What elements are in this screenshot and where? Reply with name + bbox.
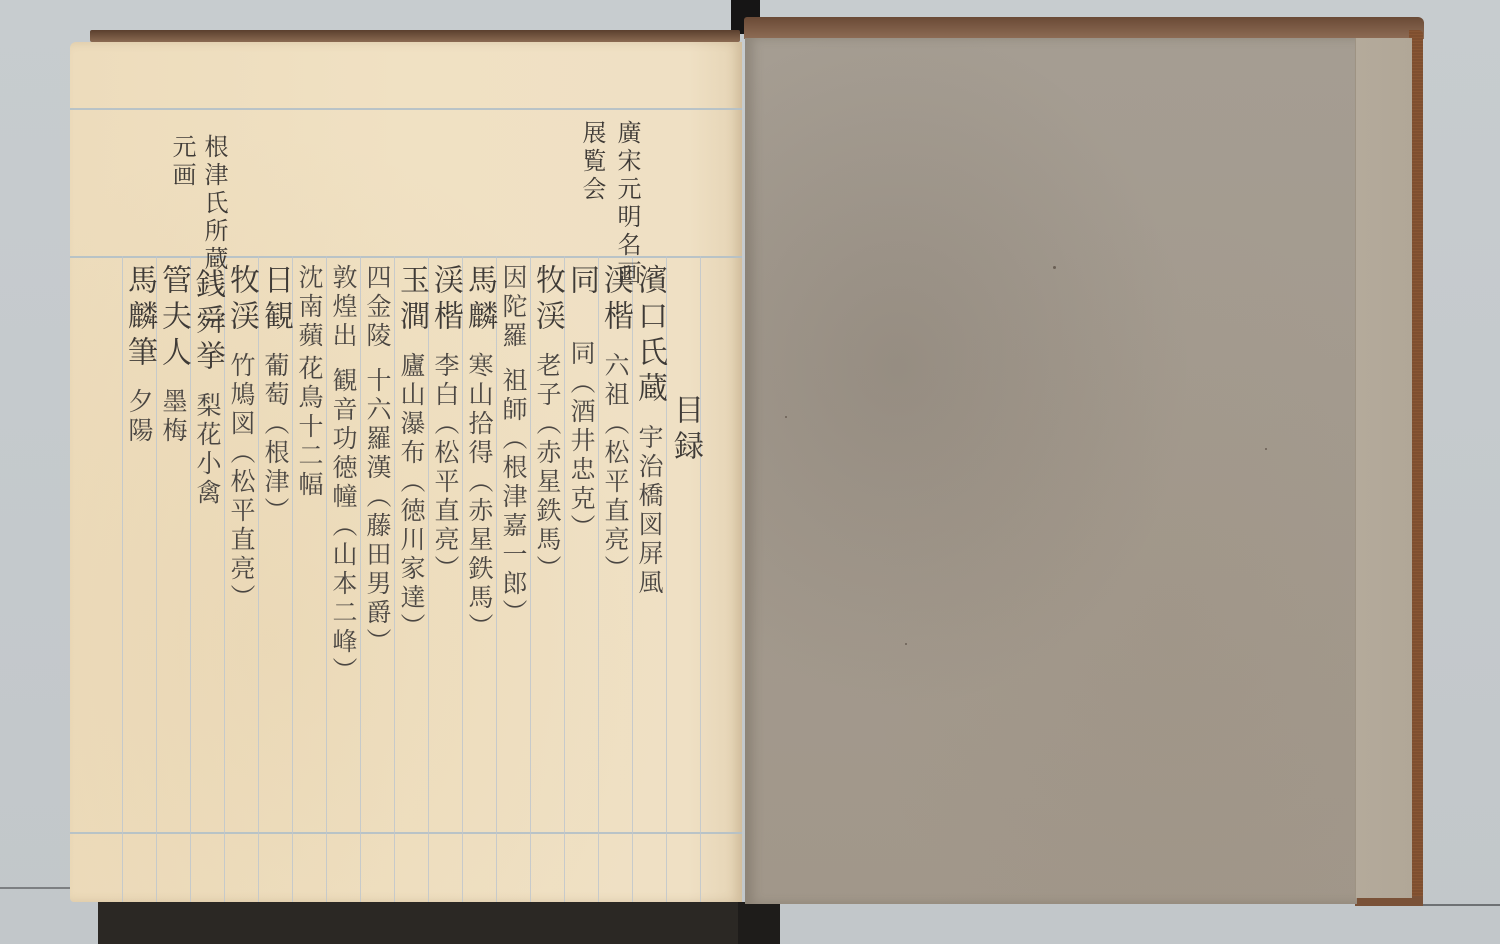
catalogue-entry: 沈南蘋花鳥十二幅 — [294, 264, 324, 500]
entry-work: 竹鳩図 — [227, 352, 256, 439]
entry-artist: 管夫人 — [156, 264, 191, 372]
entry-owner: （松平直亮） — [601, 410, 630, 584]
column-rule — [564, 256, 565, 902]
endpaper-fold-flap — [1355, 38, 1412, 898]
entry-work: 梨花小禽 — [193, 392, 222, 508]
entry-artist: 牧渓 — [530, 264, 565, 336]
entry-artist: 玉澗 — [394, 264, 429, 336]
entry-owner: （赤星鉄馬） — [465, 468, 494, 642]
column-rule — [326, 256, 327, 902]
catalogue-entry: 日観葡萄（根津） — [260, 264, 290, 526]
column-rule — [598, 256, 599, 902]
entry-artist: 渓楷 — [428, 264, 463, 336]
table-edge-right — [1410, 904, 1500, 906]
right-page-endpaper — [745, 38, 1357, 904]
exhibition-title-line2: 展覧会 — [580, 120, 604, 204]
column-rule — [258, 256, 259, 902]
entry-owner: （赤星鉄馬） — [533, 410, 562, 584]
entry-owner: （松平直亮） — [431, 410, 460, 584]
left-page-lined: 廣宋元明名画 展覧会 根津氏所蔵 ─ 元画 目録 濱口氏蔵宇治橋図屏風 渓楷六祖… — [70, 42, 742, 902]
entry-work: 廬山瀑布 — [397, 352, 426, 468]
entry-artist: 日観 — [258, 264, 293, 336]
entry-work: 寒山拾得 — [465, 352, 494, 468]
column-rule — [394, 256, 395, 902]
entry-work: 花鳥十二幅 — [295, 355, 324, 500]
entry-artist: 沈南蘋 — [295, 264, 324, 351]
column-rule — [496, 256, 497, 902]
entry-work: 老子 — [533, 352, 562, 410]
catalogue-entry: 同同（酒井忠克） — [566, 264, 596, 543]
cover-top-edge-left — [90, 30, 740, 42]
catalogue-entry: 四金陵十六羅漢（藤田男爵） — [362, 264, 392, 657]
entry-artist: 濱口氏蔵 — [632, 264, 667, 408]
catalogue-entry: 渓楷李白（松平直亮） — [430, 264, 460, 584]
book-shadow-gutter — [738, 902, 780, 944]
entry-artist: 同 — [564, 264, 599, 300]
entry-owner: （徳川家達） — [397, 468, 426, 642]
catalogue-entry: 濱口氏蔵宇治橋図屏風 — [634, 264, 664, 598]
entry-work: 墨梅 — [159, 388, 188, 446]
catalogue-entry: 馬麟筆夕陽 — [124, 264, 154, 446]
rule-line-header — [70, 256, 742, 258]
catalogue-entry: 渓楷六祖（松平直亮） — [600, 264, 630, 584]
entry-work: 宇治橋図屏風 — [635, 424, 664, 598]
catalogue-entry: 銭舜挙梨花小禽 — [192, 268, 222, 508]
entry-owner: （酒井忠克） — [567, 369, 596, 543]
column-rule — [700, 256, 701, 902]
catalogue-entry: 牧渓老子（赤星鉄馬） — [532, 264, 562, 584]
entry-artist: 敦煌出 — [329, 264, 358, 351]
entry-artist: 牧渓 — [224, 264, 259, 336]
entry-work: 観音功徳幢 — [329, 367, 358, 512]
entry-owner: （松平直亮） — [227, 439, 256, 613]
entry-owner: （山本二峰） — [329, 512, 358, 686]
rule-line-top — [70, 108, 742, 110]
exhibition-title-line1: 廣宋元明名画 — [615, 120, 639, 288]
rule-line-bottom — [70, 832, 742, 834]
entry-work: 李白 — [431, 352, 460, 410]
entry-work: 祖師 — [499, 367, 528, 425]
entry-work: 夕陽 — [125, 388, 154, 446]
catalogue-entry: 牧渓竹鳩図（松平直亮） — [226, 264, 256, 613]
entry-artist: 銭舜挙 — [190, 268, 225, 376]
lender-note: 元画 — [170, 134, 194, 190]
entry-work: 六祖 — [601, 352, 630, 410]
column-rule — [360, 256, 361, 902]
entry-artist: 因陀羅 — [499, 264, 528, 351]
table-edge-left — [0, 887, 80, 889]
entry-owner: （根津嘉一郎） — [499, 425, 528, 628]
column-rule — [530, 256, 531, 902]
entry-artist: 馬麟筆 — [122, 264, 157, 372]
entry-work: 同 — [567, 340, 596, 369]
paper-speck — [785, 416, 787, 418]
book-spread-photo: 廣宋元明名画 展覧会 根津氏所蔵 ─ 元画 目録 濱口氏蔵宇治橋図屏風 渓楷六祖… — [0, 0, 1500, 944]
column-rule — [428, 256, 429, 902]
column-rule — [292, 256, 293, 902]
entry-artist: 馬麟 — [462, 264, 497, 336]
catalogue-entry: 管夫人墨梅 — [158, 264, 188, 446]
catalogue-entry: 馬麟寒山拾得（赤星鉄馬） — [464, 264, 494, 642]
entry-owner: （藤田男爵） — [363, 483, 392, 657]
catalogue-entry: 玉澗廬山瀑布（徳川家達） — [396, 264, 426, 642]
entry-artist: 渓楷 — [598, 264, 633, 336]
paper-speck — [1265, 448, 1267, 450]
cover-top-edge-right — [744, 17, 1424, 39]
paper-speck — [1053, 266, 1056, 269]
catalogue-entry: 因陀羅祖師（根津嘉一郎） — [498, 264, 528, 628]
entry-work: 葡萄 — [261, 352, 290, 410]
entry-work: 十六羅漢 — [363, 367, 392, 483]
paper-speck — [905, 643, 907, 645]
entry-artist: 四金陵 — [363, 264, 392, 351]
entry-owner: （根津） — [261, 410, 290, 526]
column-rule — [462, 256, 463, 902]
catalogue-entry: 敦煌出観音功徳幢（山本二峰） — [328, 264, 358, 686]
catalogue-heading: 目録 — [670, 394, 700, 466]
book-shadow — [98, 902, 758, 944]
